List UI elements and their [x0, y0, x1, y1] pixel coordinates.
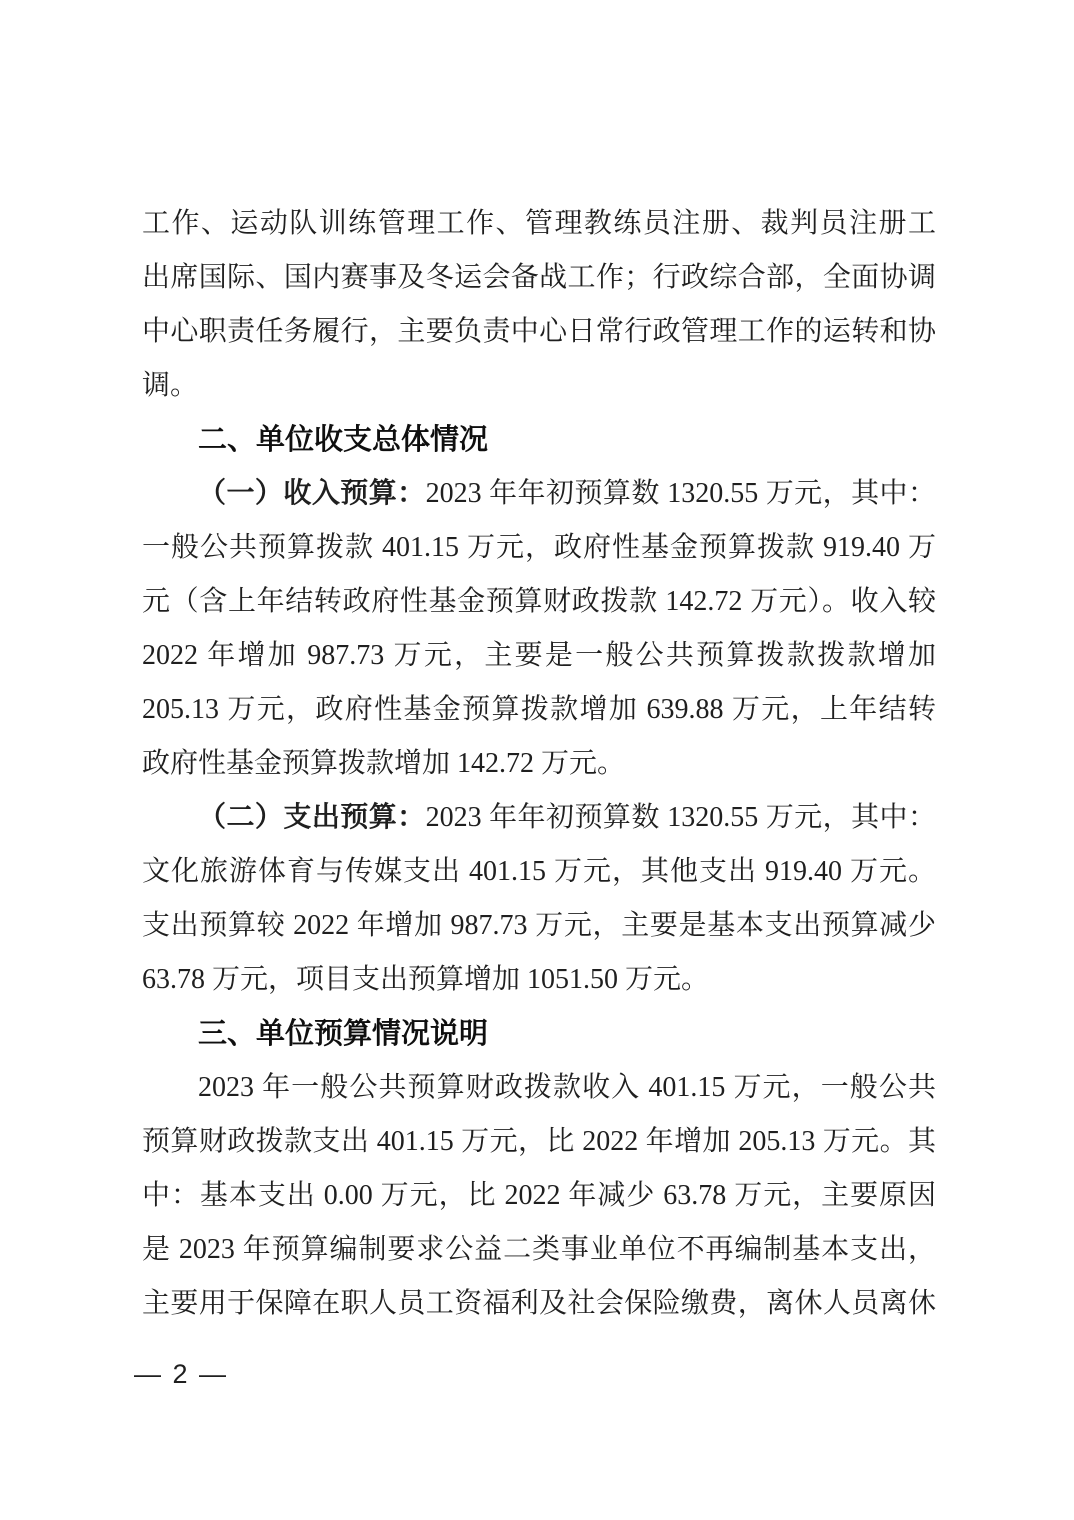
- body-line-text: 2023 年年初预算数 1320.55 万元，其中：: [426, 802, 936, 833]
- document-page: 工作、运动队训练管理工作、管理教练员注册、裁判员注册工作、 出席国际、国内赛事及…: [0, 0, 1074, 1520]
- body-paragraph: （一）收入预算：2023 年年初预算数 1320.55 万元，其中： 一般公共预…: [142, 467, 936, 791]
- body-paragraph: （二）支出预算：2023 年年初预算数 1320.55 万元，其中： 文化旅游体…: [142, 791, 936, 1007]
- paragraph-lead: （二）支出预算：: [198, 802, 426, 833]
- body-line: 中心职责任务履行，主要负责中心日常行政管理工作的运转和协: [142, 305, 936, 359]
- body-line-text: 2023 年年初预算数 1320.55 万元，其中：: [426, 478, 936, 509]
- body-line: 一般公共预算拨款 401.15 万元，政府性基金预算拨款 919.40 万: [142, 521, 936, 575]
- body-line: 预算财政拨款支出 401.15 万元，比 2022 年增加 205.13 万元。…: [142, 1115, 936, 1169]
- body-paragraph: 2023 年一般公共预算财政拨款收入 401.15 万元，一般公共 预算财政拨款…: [142, 1061, 936, 1331]
- body-line: （二）支出预算：2023 年年初预算数 1320.55 万元，其中：: [142, 791, 936, 845]
- section-heading-income-expenditure-overview: 二、单位收支总体情况: [142, 413, 936, 467]
- body-line: （一）收入预算：2023 年年初预算数 1320.55 万元，其中：: [142, 467, 936, 521]
- body-line: 出席国际、国内赛事及冬运会备战工作；行政综合部，全面协调: [142, 251, 936, 305]
- body-line: 2023 年一般公共预算财政拨款收入 401.15 万元，一般公共: [142, 1061, 936, 1115]
- paragraph-lead: （一）收入预算：: [198, 478, 426, 509]
- body-paragraph: 工作、运动队训练管理工作、管理教练员注册、裁判员注册工作、 出席国际、国内赛事及…: [142, 197, 936, 413]
- body-line: 2022 年增加 987.73 万元，主要是一般公共预算拨款拨款增加: [142, 629, 936, 683]
- body-line: 是 2023 年预算编制要求公益二类事业单位不再编制基本支出，: [142, 1223, 936, 1277]
- body-line: 调。: [142, 359, 936, 413]
- body-line: 工作、运动队训练管理工作、管理教练员注册、裁判员注册工作、: [142, 197, 936, 251]
- body-line: 205.13 万元，政府性基金预算拨款增加 639.88 万元，上年结转: [142, 683, 936, 737]
- body-line: 主要用于保障在职人员工资福利及社会保险缴费，离休人员离休: [142, 1277, 936, 1331]
- page-number: — 2 —: [134, 1354, 228, 1394]
- document-body: 工作、运动队训练管理工作、管理教练员注册、裁判员注册工作、 出席国际、国内赛事及…: [142, 197, 936, 1331]
- body-line: 文化旅游体育与传媒支出 401.15 万元，其他支出 919.40 万元。: [142, 845, 936, 899]
- body-line: 63.78 万元，项目支出预算增加 1051.50 万元。: [142, 953, 936, 1007]
- body-line: 政府性基金预算拨款增加 142.72 万元。: [142, 737, 936, 791]
- body-line: 元（含上年结转政府性基金预算财政拨款 142.72 万元）。收入较: [142, 575, 936, 629]
- body-line: 中：基本支出 0.00 万元，比 2022 年减少 63.78 万元，主要原因: [142, 1169, 936, 1223]
- section-heading-budget-explanation: 三、单位预算情况说明: [142, 1007, 936, 1061]
- body-line: 支出预算较 2022 年增加 987.73 万元，主要是基本支出预算减少: [142, 899, 936, 953]
